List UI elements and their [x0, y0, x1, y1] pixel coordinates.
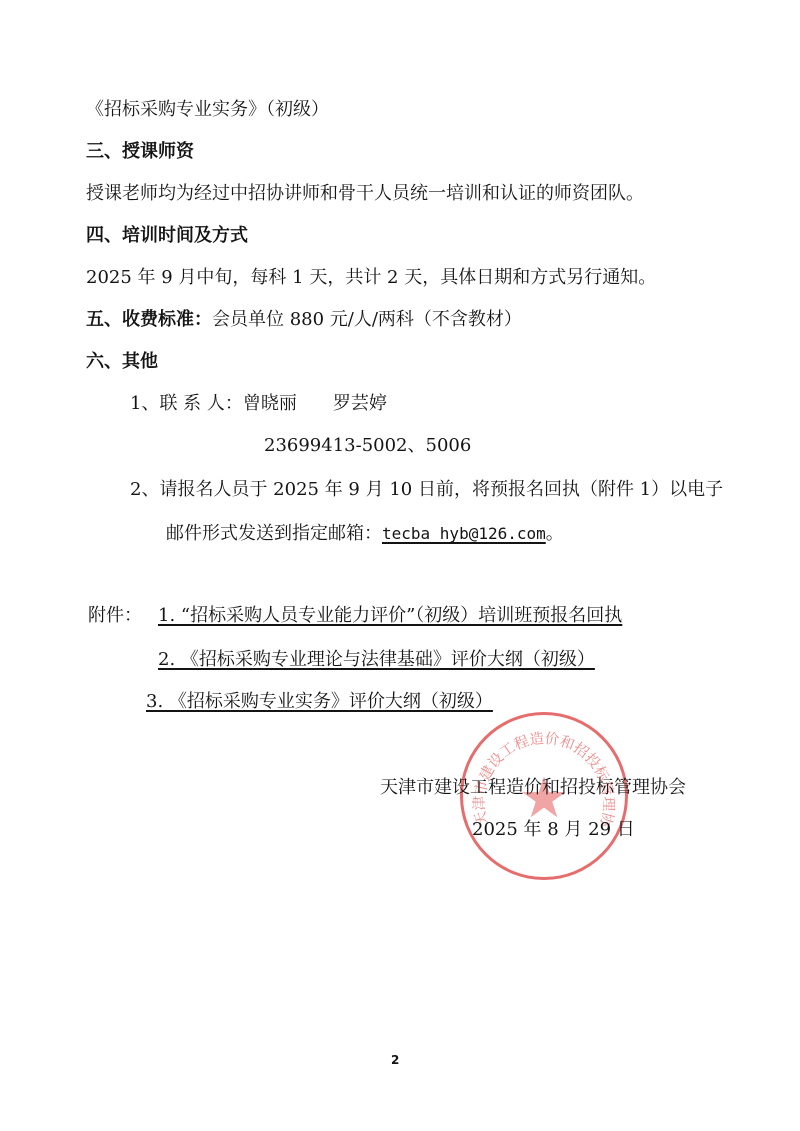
- email-link[interactable]: tecba_hyb@126.com: [382, 524, 546, 543]
- course-title-line: 《招标采购专业实务》（初级）: [86, 98, 329, 122]
- attachments-label: 附件：: [88, 604, 142, 628]
- contact-label: 1、联 系 人：: [130, 393, 243, 414]
- section-6-heading: 六、其他: [86, 350, 158, 374]
- signing-organization: 天津市建设工程造价和招投标管理协会: [380, 776, 686, 800]
- contact-line: 1、联 系 人：曾晓丽 罗芸婷: [130, 392, 387, 416]
- section-4-heading: 四、培训时间及方式: [86, 224, 248, 248]
- registration-instruction: 2、请报名人员于 2025 年 9 月 10 日前，将预报名回执（附件 1）以电…: [130, 478, 723, 502]
- registration-email-line: 邮件形式发送到指定邮箱：tecba_hyb@126.com。: [166, 522, 564, 546]
- email-suffix: 。: [546, 523, 564, 544]
- signing-date: 2025 年 8 月 29 日: [472, 818, 635, 842]
- page-number: 2: [391, 1053, 399, 1067]
- contact-phone: 23699413-5002、5006: [264, 434, 471, 458]
- section-5-heading: 五、收费标准：: [86, 309, 212, 330]
- contact-names: 曾晓丽 罗芸婷: [243, 393, 387, 414]
- section-5: 五、收费标准：会员单位 880 元/人/两科（不含教材）: [86, 308, 522, 332]
- email-prefix: 邮件形式发送到指定邮箱：: [166, 523, 382, 544]
- section-3-heading: 三、授课师资: [86, 140, 194, 164]
- section-3-body: 授课老师均为经过中招协讲师和骨干人员统一培训和认证的师资团队。: [86, 182, 644, 206]
- section-4-body: 2025 年 9 月中旬，每科 1 天，共计 2 天，具体日期和方式另行通知。: [86, 266, 656, 290]
- section-5-body: 会员单位 880 元/人/两科（不含教材）: [212, 309, 522, 330]
- attachment-2[interactable]: 2. 《招标采购专业理论与法律基础》评价大纲（初级）: [158, 648, 595, 672]
- attachment-1[interactable]: 1. “招标采购人员专业能力评价”（初级）培训班预报名回执: [158, 604, 622, 628]
- attachment-3[interactable]: 3. 《招标采购专业实务》评价大纲（初级）: [146, 690, 493, 714]
